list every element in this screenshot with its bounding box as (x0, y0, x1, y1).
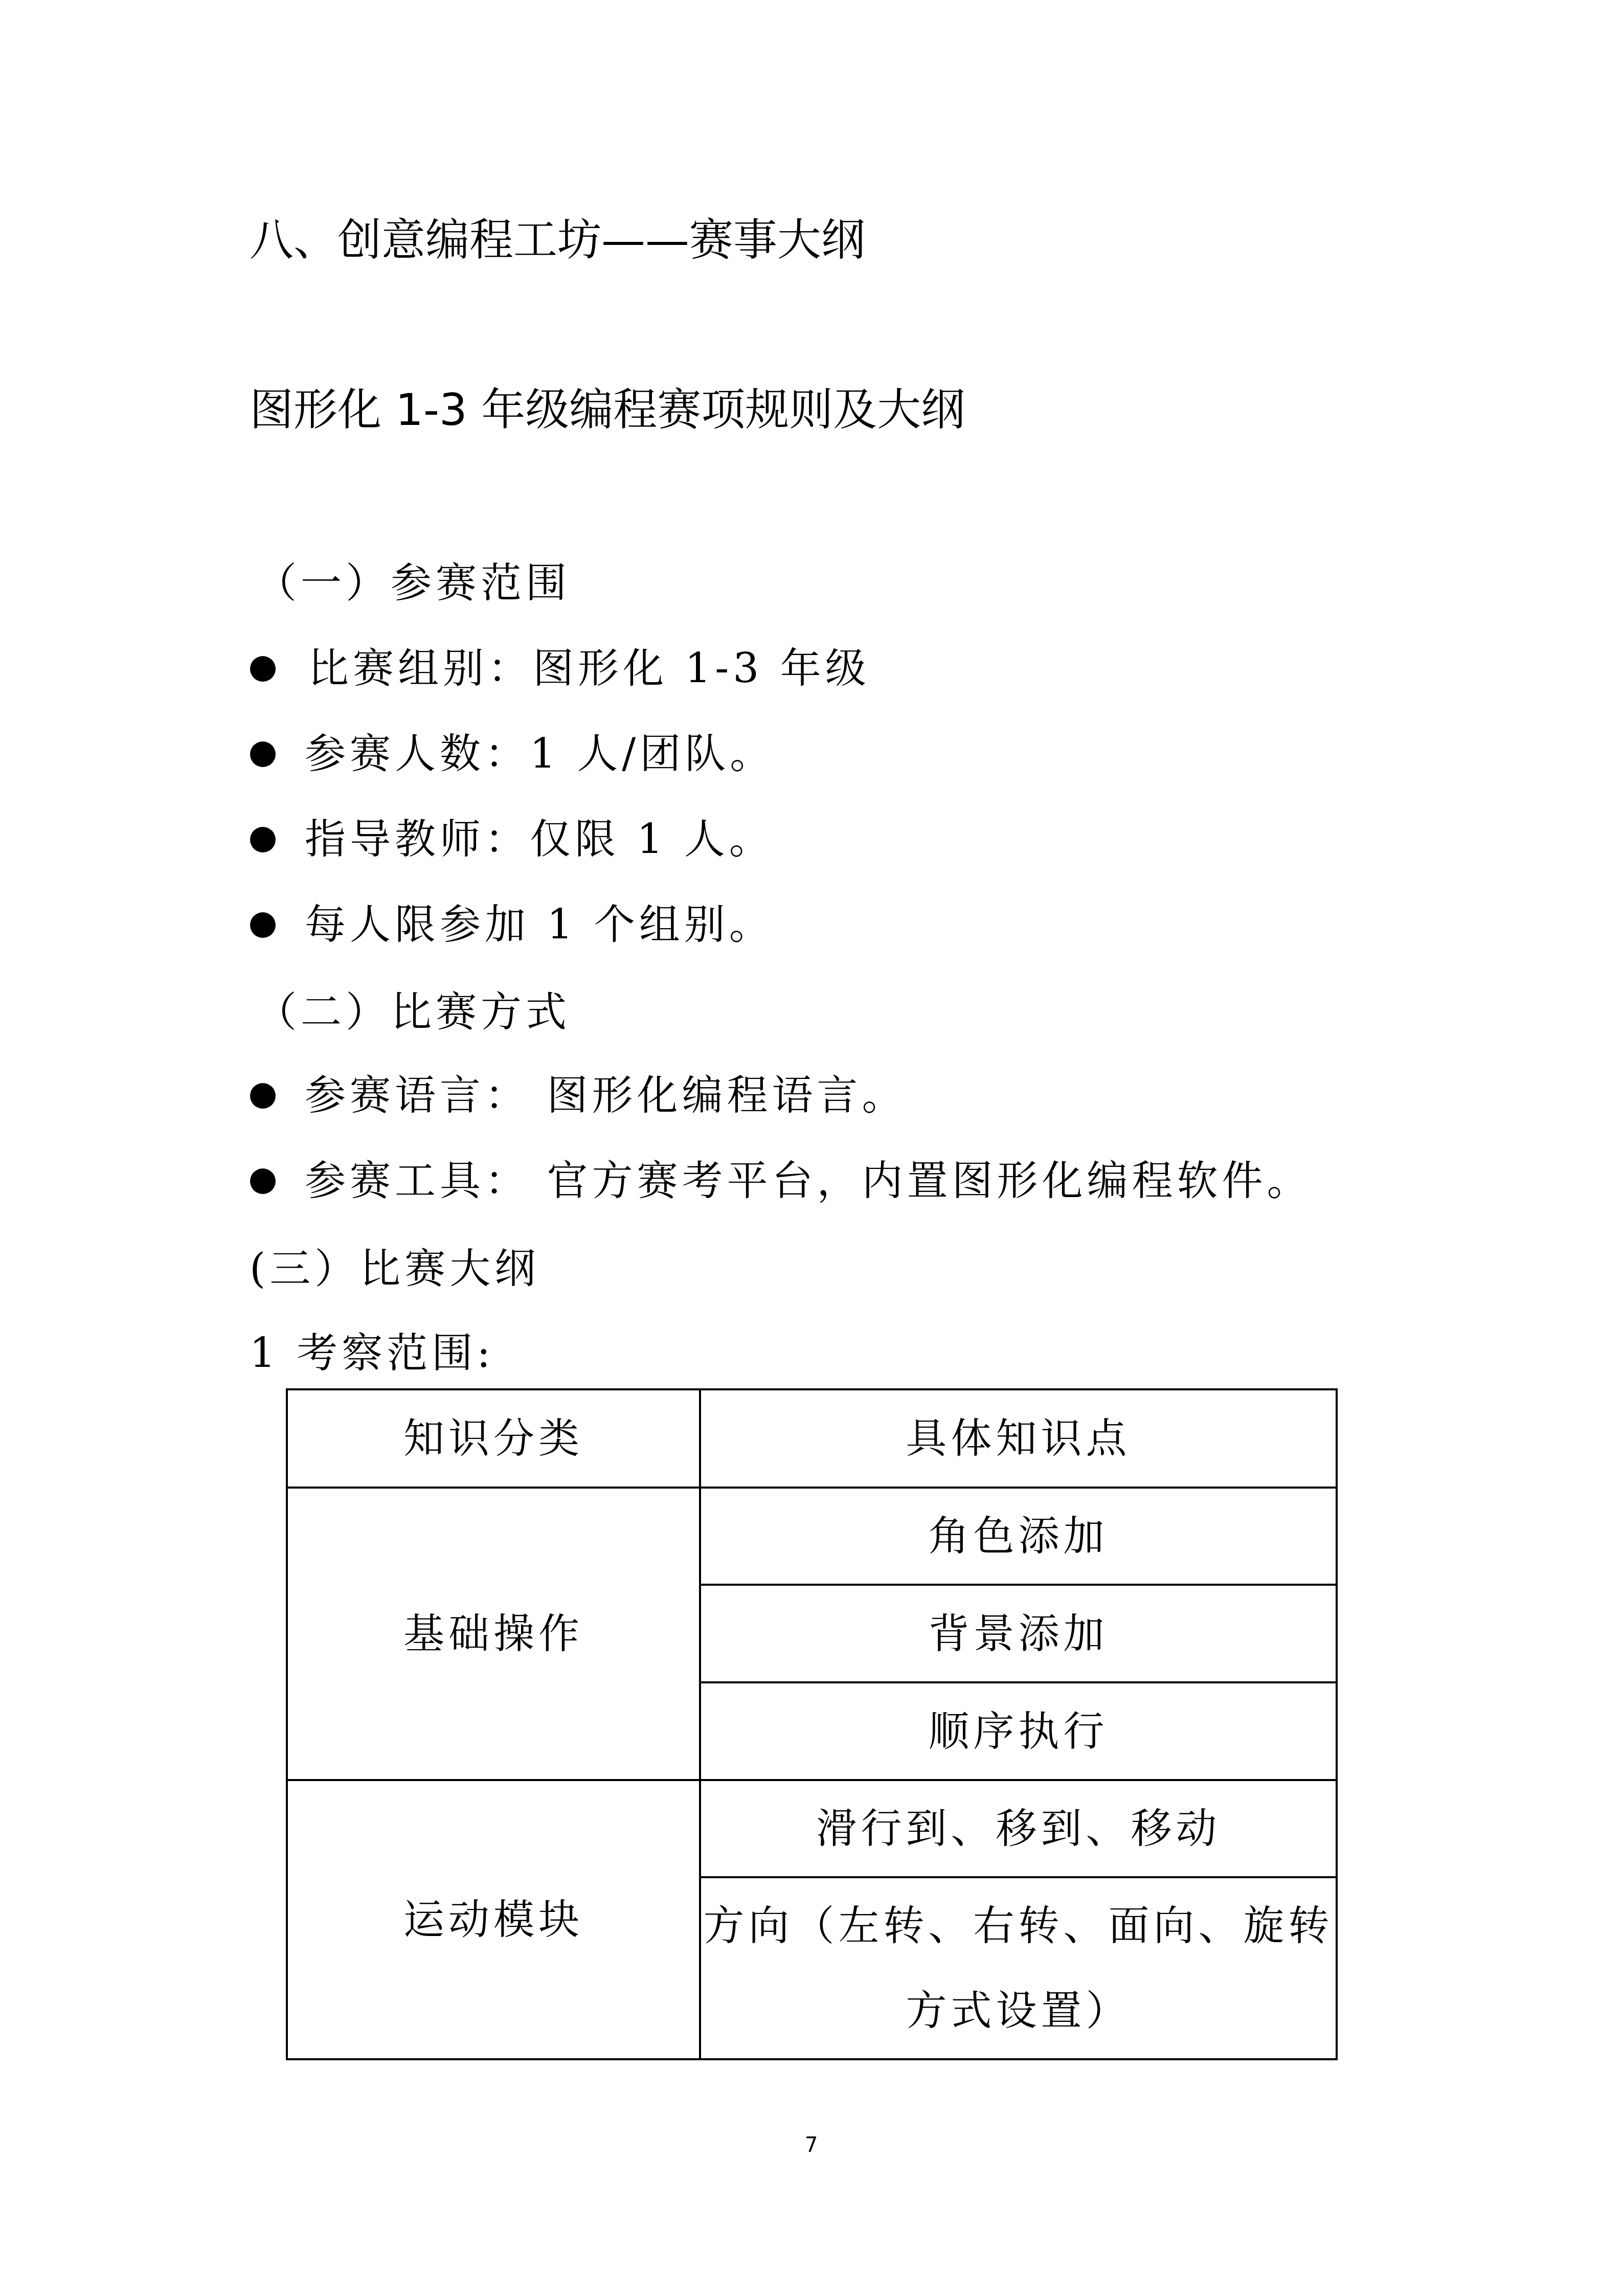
point-cell: 角色添加 (700, 1488, 1337, 1585)
table-row: 基础操作 角色添加 (287, 1488, 1337, 1585)
section-heading: 图形化 1-3 年级编程赛项规则及大纲 (250, 385, 965, 436)
category-cell: 基础操作 (287, 1488, 700, 1780)
bullet-icon (250, 912, 276, 938)
header-cell: 知识分类 (287, 1389, 700, 1488)
syllabus-table: 知识分类 具体知识点 基础操作 角色添加 背景添加 顺序执行 运动模块 滑行到、… (286, 1388, 1338, 2060)
section3-title: (三）比赛大纲 (250, 1243, 539, 1294)
scope-label: 1 考察范围: (250, 1327, 494, 1379)
bullet-icon (250, 1083, 276, 1109)
bullet-icon (250, 1168, 276, 1194)
bullet-icon (250, 741, 276, 767)
header-cell: 具体知识点 (700, 1389, 1337, 1488)
category-cell: 运动模块 (287, 1780, 700, 2059)
bullet-item: 指导教师：仅限 1 人。 (305, 814, 774, 865)
bullet-item: 比赛组别：图形化 1-3 年级 (308, 643, 870, 694)
point-cell: 背景添加 (700, 1585, 1337, 1682)
chapter-heading: 八、创意编程工坊——赛事大纲 (250, 215, 865, 266)
point-cell: 顺序执行 (700, 1682, 1337, 1780)
table-row: 运动模块 滑行到、移到、移动 (287, 1780, 1337, 1877)
bullet-icon (250, 827, 276, 852)
table-header-row: 知识分类 具体知识点 (287, 1389, 1337, 1488)
page-number: 7 (805, 2132, 818, 2158)
bullet-item: 参赛人数：1 人/团队。 (305, 728, 775, 779)
bullet-item: 参赛语言： 图形化编程语言。 (305, 1070, 907, 1121)
section2-title: （二）比赛方式 (256, 986, 571, 1038)
point-cell: 滑行到、移到、移动 (700, 1780, 1337, 1877)
bullet-item: 每人限参加 1 个组别。 (305, 899, 774, 950)
section1-title: （一）参赛范围 (256, 557, 571, 609)
point-cell: 方向（左转、右转、面向、旋转方式设置） (700, 1877, 1337, 2059)
bullet-icon (250, 656, 276, 682)
bullet-item: 参赛工具： 官方赛考平台，内置图形化编程软件。 (305, 1155, 1312, 1206)
